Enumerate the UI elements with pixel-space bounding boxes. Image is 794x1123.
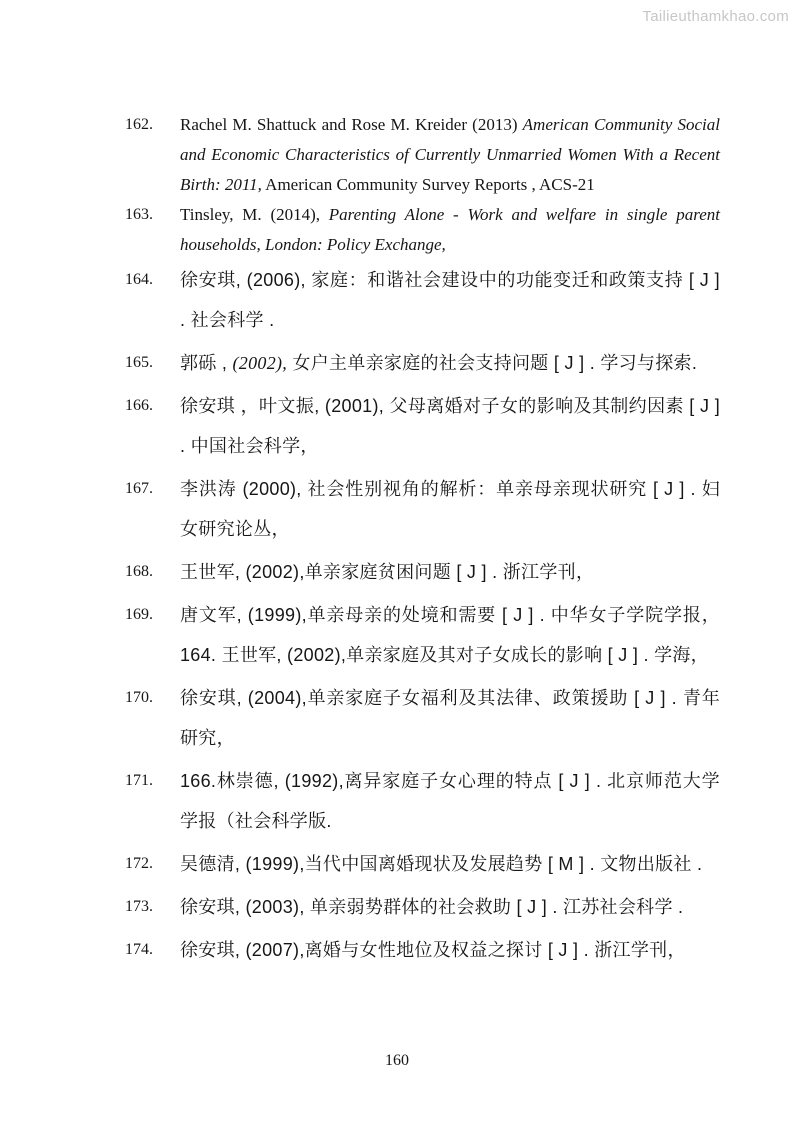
reference-number: 165. bbox=[125, 343, 180, 383]
reference-item: 164.徐安琪, (2006), 家庭：和谐社会建设中的功能变迁和政策支持 [ … bbox=[125, 260, 720, 340]
reference-number: 162. bbox=[125, 110, 180, 140]
reference-segment: 王世军, (2002),单亲家庭贫困问题 [ J ] . 浙江学刊， bbox=[180, 562, 594, 582]
reference-text: 166.林崇德, (1992),离异家庭子女心理的特点 [ J ] . 北京师范… bbox=[180, 761, 720, 841]
reference-segment: 徐安琪, (2004),单亲家庭子女福利及其法律、政策援助 [ J ] . 青年… bbox=[180, 688, 720, 748]
reference-segment: 徐安琪 ，叶文振, (2001), 父母离婚对子女的影响及其制约因素 [ J ]… bbox=[180, 396, 720, 456]
reference-text: 徐安琪, (2004),单亲家庭子女福利及其法律、政策援助 [ J ] . 青年… bbox=[180, 678, 720, 758]
reference-segment: American Community Survey Reports , ACS-… bbox=[262, 175, 595, 194]
reference-segment: 徐安琪, (2003), 单亲弱势群体的社会救助 [ J ] . 江苏社会科学 … bbox=[180, 897, 683, 917]
reference-number: 164. bbox=[125, 260, 180, 300]
reference-item: 168.王世军, (2002),单亲家庭贫困问题 [ J ] . 浙江学刊， bbox=[125, 552, 720, 592]
reference-text: 王世军, (2002),单亲家庭贫困问题 [ J ] . 浙江学刊， bbox=[180, 552, 720, 592]
reference-item: 174.徐安琪, (2007),离婚与女性地位及权益之探讨 [ J ] . 浙江… bbox=[125, 930, 720, 970]
reference-item: 163.Tinsley, M. (2014), Parenting Alone … bbox=[125, 200, 720, 260]
reference-number: 168. bbox=[125, 552, 180, 592]
reference-item: 172.吴德清, (1999),当代中国离婚现状及发展趋势 [ M ] . 文物… bbox=[125, 844, 720, 884]
reference-item: 170.徐安琪, (2004),单亲家庭子女福利及其法律、政策援助 [ J ] … bbox=[125, 678, 720, 758]
reference-item: 162.Rachel M. Shattuck and Rose M. Kreid… bbox=[125, 110, 720, 200]
reference-text: 徐安琪, (2007),离婚与女性地位及权益之探讨 [ J ] . 浙江学刊， bbox=[180, 930, 720, 970]
page-number: 160 bbox=[0, 1052, 794, 1070]
watermark: Tailieuthamkhao.com bbox=[642, 8, 789, 25]
reference-text: 吴德清, (1999),当代中国离婚现状及发展趋势 [ M ] . 文物出版社 … bbox=[180, 844, 720, 884]
reference-number: 163. bbox=[125, 200, 180, 230]
reference-segment: 吴德清, (1999),当代中国离婚现状及发展趋势 [ M ] . 文物出版社 … bbox=[180, 854, 702, 874]
reference-number: 166. bbox=[125, 386, 180, 426]
reference-text: 徐安琪 ，叶文振, (2001), 父母离婚对子女的影响及其制约因素 [ J ]… bbox=[180, 386, 720, 466]
reference-number: 174. bbox=[125, 930, 180, 970]
reference-item: 166.徐安琪 ，叶文振, (2001), 父母离婚对子女的影响及其制约因素 [… bbox=[125, 386, 720, 466]
reference-segment: 唐文军, (1999),单亲母亲的处境和需要 [ J ] . 中华女子学院学报，… bbox=[180, 605, 720, 665]
reference-text: 徐安琪, (2006), 家庭：和谐社会建设中的功能变迁和政策支持 [ J ] … bbox=[180, 260, 720, 340]
reference-item: 165.郭砾 , (2002), 女户主单亲家庭的社会支持问题 [ J ] . … bbox=[125, 343, 720, 383]
reference-segment: 郭砾 , bbox=[180, 353, 233, 373]
reference-segment: 徐安琪, (2006), 家庭：和谐社会建设中的功能变迁和政策支持 [ J ] … bbox=[180, 270, 720, 330]
reference-item: 171.166.林崇德, (1992),离异家庭子女心理的特点 [ J ] . … bbox=[125, 761, 720, 841]
reference-segment-italic: (2002), bbox=[233, 353, 288, 373]
reference-text: 郭砾 , (2002), 女户主单亲家庭的社会支持问题 [ J ] . 学习与探… bbox=[180, 343, 720, 383]
reference-segment: 166.林崇德, (1992),离异家庭子女心理的特点 [ J ] . 北京师范… bbox=[180, 771, 720, 831]
reference-item: 169.唐文军, (1999),单亲母亲的处境和需要 [ J ] . 中华女子学… bbox=[125, 595, 720, 675]
reference-segment: 女户主单亲家庭的社会支持问题 [ J ] . 学习与探索. bbox=[287, 353, 697, 373]
reference-number: 172. bbox=[125, 844, 180, 884]
reference-list: 162.Rachel M. Shattuck and Rose M. Kreid… bbox=[125, 110, 720, 973]
reference-segment: Tinsley, M. (2014), bbox=[180, 205, 329, 224]
reference-number: 167. bbox=[125, 469, 180, 509]
reference-item: 173.徐安琪, (2003), 单亲弱势群体的社会救助 [ J ] . 江苏社… bbox=[125, 887, 720, 927]
reference-number: 173. bbox=[125, 887, 180, 927]
reference-segment: Rachel M. Shattuck and Rose M. Kreider (… bbox=[180, 115, 523, 134]
reference-item: 167.李洪涛 (2000), 社会性别视角的解析：单亲母亲现状研究 [ J ]… bbox=[125, 469, 720, 549]
reference-segment: 李洪涛 (2000), 社会性别视角的解析：单亲母亲现状研究 [ J ] . 妇… bbox=[180, 479, 720, 539]
reference-text: 唐文军, (1999),单亲母亲的处境和需要 [ J ] . 中华女子学院学报，… bbox=[180, 595, 720, 675]
reference-text: 李洪涛 (2000), 社会性别视角的解析：单亲母亲现状研究 [ J ] . 妇… bbox=[180, 469, 720, 549]
reference-text: 徐安琪, (2003), 单亲弱势群体的社会救助 [ J ] . 江苏社会科学 … bbox=[180, 887, 720, 927]
reference-number: 170. bbox=[125, 678, 180, 718]
reference-segment: 徐安琪, (2007),离婚与女性地位及权益之探讨 [ J ] . 浙江学刊， bbox=[180, 940, 686, 960]
reference-text: Rachel M. Shattuck and Rose M. Kreider (… bbox=[180, 110, 720, 200]
reference-text: Tinsley, M. (2014), Parenting Alone - Wo… bbox=[180, 200, 720, 260]
reference-number: 171. bbox=[125, 761, 180, 801]
reference-number: 169. bbox=[125, 595, 180, 635]
